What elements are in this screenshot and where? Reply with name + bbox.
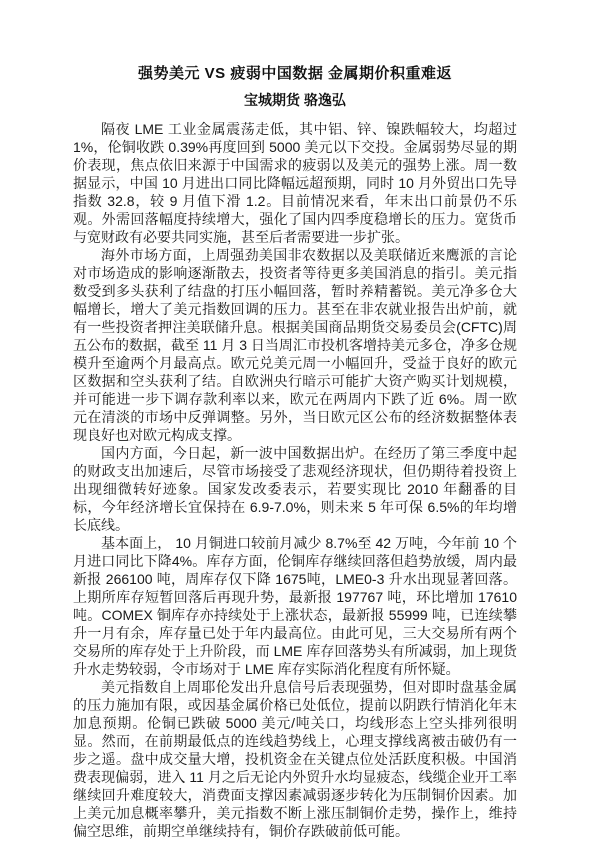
- article-body: 隔夜 LME 工业金属震荡走低，其中铝、锌、镍跌幅较大，均超过 1%，伦铜收跌 …: [73, 120, 517, 840]
- paragraph: 基本面上， 10 月铜进口较前月减少 8.7%至 42 万吨，今年前 10 个月…: [73, 534, 517, 678]
- article: 强势美元 VS 疲弱中国数据 金属期价积重难返 宝城期货 骆逸弘 隔夜 LME …: [73, 64, 517, 840]
- article-title: 强势美元 VS 疲弱中国数据 金属期价积重难返: [73, 64, 517, 84]
- paragraph: 海外市场方面，上周强劲美国非农数据以及美联储近来鹰派的言论对市场造成的影响逐渐散…: [73, 246, 517, 444]
- article-byline: 宝城期货 骆逸弘: [73, 91, 517, 110]
- paragraph: 国内方面，今日起，新一波中国数据出炉。在经历了第三季度中起的财政支出加速后，尽管…: [73, 444, 517, 534]
- document-page: 强势美元 VS 疲弱中国数据 金属期价积重难返 宝城期货 骆逸弘 隔夜 LME …: [0, 0, 595, 842]
- paragraph: 隔夜 LME 工业金属震荡走低，其中铝、锌、镍跌幅较大，均超过 1%，伦铜收跌 …: [73, 120, 517, 246]
- paragraph: 美元指数自上周耶伦发出升息信号后表现强势，但对即时盘基金属的压力施加有限，或因基…: [73, 678, 517, 840]
